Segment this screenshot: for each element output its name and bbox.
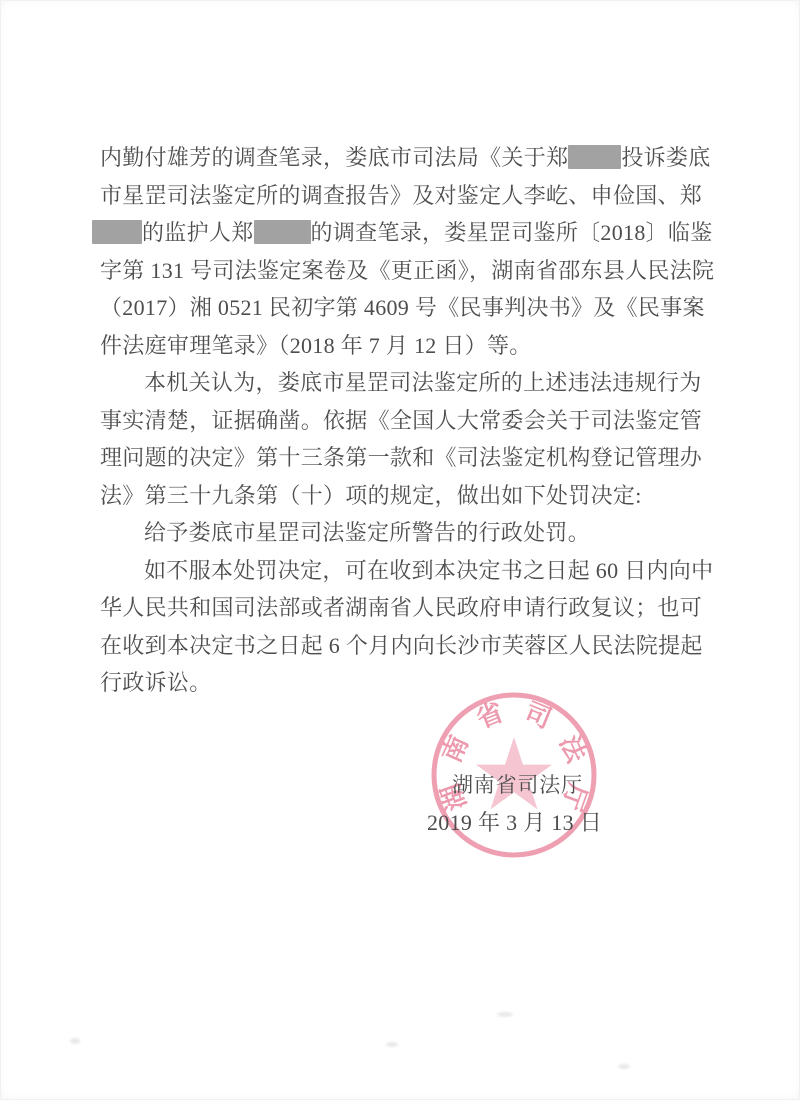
document-line: 华人民共和国司法部或者湖南省人民政府申请行政复议；也可 — [100, 589, 714, 627]
document-line: 字第 131 号司法鉴定案卷及《更正函》，湖南省邵东县人民法院 — [100, 252, 714, 290]
text-run: 的调查笔录，娄星罡司鉴所〔2018〕临鉴 — [311, 220, 713, 245]
document-line: （2017）湘 0521 民初字第 4609 号《民事判决书》及《民事案 — [100, 289, 714, 327]
text-run: 件法庭审理笔录》（2018 年 7 月 12 日）等。 — [100, 333, 532, 358]
text-run: 的监护人郑 — [142, 220, 254, 245]
text-run: 法》第三十九条第（十）项的规定，做出如下处罚决定: — [100, 483, 642, 508]
redaction-block — [92, 220, 142, 244]
text-run: 在收到本决定书之日起 6 个月内向长沙市芙蓉区人民法院提起 — [100, 633, 703, 658]
text-run: 投诉娄底 — [621, 145, 710, 170]
document-line: 法》第三十九条第（十）项的规定，做出如下处罚决定: — [100, 477, 714, 515]
text-run: 字第 131 号司法鉴定案卷及《更正函》，湖南省邵东县人民法院 — [100, 258, 714, 283]
text-run: 市星罡司法鉴定所的调查报告》及对鉴定人李屹、申俭国、郑 — [100, 183, 702, 208]
document-line: 给予娄底市星罡司法鉴定所警告的行政处罚。 — [100, 514, 714, 552]
text-run: 给予娄底市星罡司法鉴定所警告的行政处罚。 — [144, 520, 590, 545]
redaction-block — [254, 220, 311, 244]
scan-smudge — [70, 1038, 80, 1044]
document-line: 事实清楚，证据确凿。依据《全国人大常委会关于司法鉴定管 — [100, 402, 714, 440]
signature-issuer: 湖南省司法厅 — [452, 769, 583, 799]
document-body: 内勤付雄芳的调查笔录，娄底市司法局《关于郑投诉娄底市星罡司法鉴定所的调查报告》及… — [100, 139, 714, 702]
document-line: 理问题的决定》第十三条第一款和《司法鉴定机构登记管理办 — [100, 439, 714, 477]
document-line: 本机关认为，娄底市星罡司法鉴定所的上述违法违规行为 — [100, 364, 714, 402]
scan-smudge — [618, 1064, 630, 1069]
text-run: 如不服本处罚决定，可在收到本决定书之日起 60 日内向中 — [144, 558, 713, 583]
text-run: 本机关认为，娄底市星罡司法鉴定所的上述违法违规行为 — [144, 370, 702, 395]
text-run: 华人民共和国司法部或者湖南省人民政府申请行政复议；也可 — [100, 595, 702, 620]
scan-smudge — [386, 1042, 398, 1047]
document-line: 件法庭审理笔录》（2018 年 7 月 12 日）等。 — [100, 327, 714, 365]
document-line: 在收到本决定书之日起 6 个月内向长沙市芙蓉区人民法院提起 — [100, 627, 714, 665]
text-run: （2017）湘 0521 民初字第 4609 号《民事判决书》及《民事案 — [100, 295, 705, 320]
document-line: 的监护人郑的调查笔录，娄星罡司鉴所〔2018〕临鉴 — [100, 214, 714, 252]
text-run: 行政诉讼。 — [100, 670, 212, 695]
scan-smudge — [497, 1012, 513, 1017]
signature-date: 2019 年 3 月 13 日 — [427, 806, 602, 837]
document-line: 内勤付雄芳的调查笔录，娄底市司法局《关于郑投诉娄底 — [100, 139, 714, 177]
text-run: 事实清楚，证据确凿。依据《全国人大常委会关于司法鉴定管 — [100, 408, 702, 433]
text-run: 内勤付雄芳的调查笔录，娄底市司法局《关于郑 — [100, 145, 568, 170]
document-line: 如不服本处罚决定，可在收到本决定书之日起 60 日内向中 — [100, 552, 714, 590]
document-line: 市星罡司法鉴定所的调查报告》及对鉴定人李屹、申俭国、郑 — [100, 177, 714, 215]
document-page: 内勤付雄芳的调查笔录，娄底市司法局《关于郑投诉娄底市星罡司法鉴定所的调查报告》及… — [0, 0, 800, 1100]
document-line: 行政诉讼。 — [100, 664, 714, 702]
text-run: 理问题的决定》第十三条第一款和《司法鉴定机构登记管理办 — [100, 445, 702, 470]
redaction-block — [568, 145, 621, 169]
